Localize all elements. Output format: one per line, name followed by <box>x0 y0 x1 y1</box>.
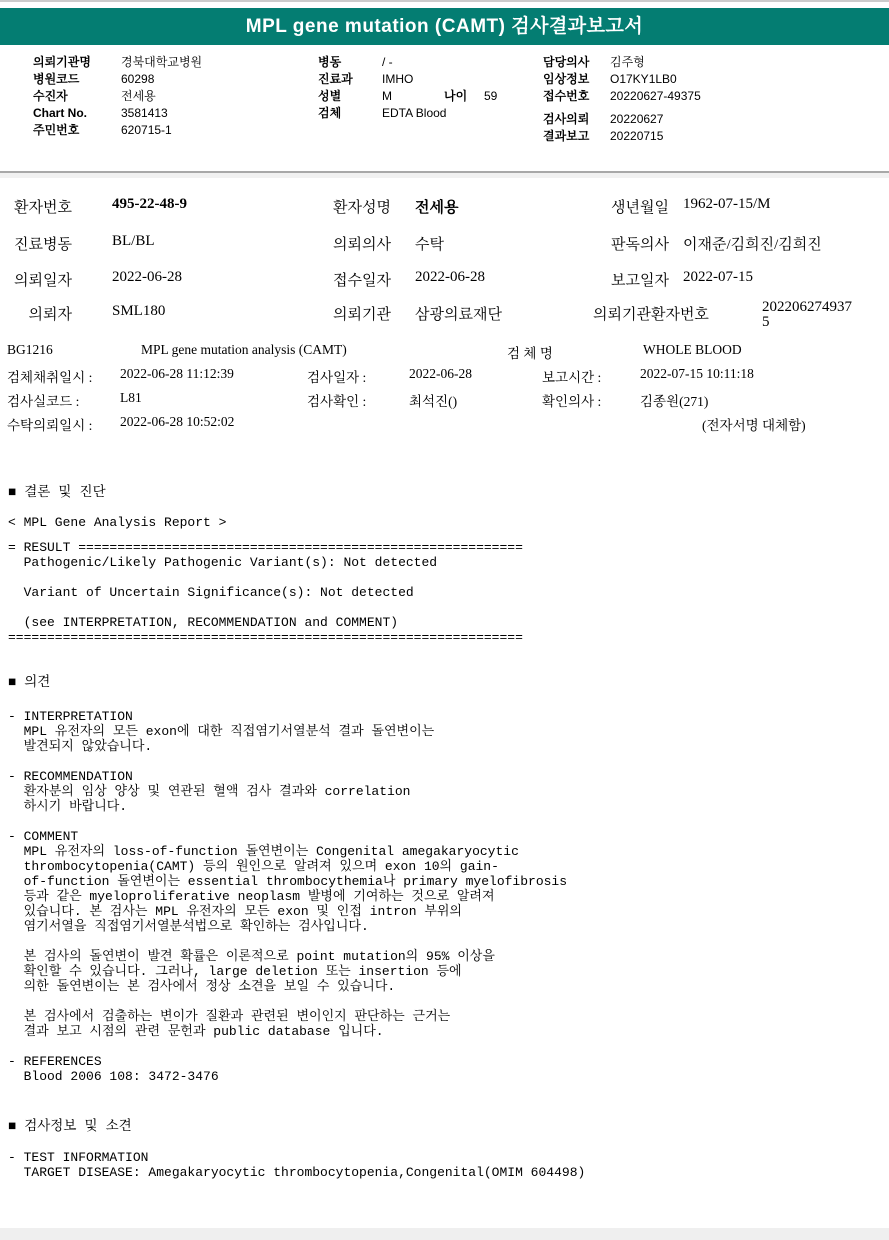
patient-name-value: 전세용 <box>415 196 458 217</box>
test-row: 수탁의뢰일시 : 2022-06-28 10:52:02 (전자서명 대체함) <box>0 414 889 434</box>
test-row: 검체채취일시 : 2022-06-28 11:12:39 검사일자 : 2022… <box>0 366 889 386</box>
confirm-doctor-value: 김종원(271) <box>640 390 708 410</box>
field-label: 진료과 <box>318 71 382 88</box>
field-value: 60298 <box>121 71 154 88</box>
test-info-text: - TEST INFORMATION TARGET DISEASE: Amega… <box>0 1150 889 1180</box>
referring-doctor-label: 의뢰의사 <box>333 233 391 254</box>
specimen-label: 검 체 명 <box>507 342 553 362</box>
field-sex-age: 성별M나이59 <box>318 88 497 105</box>
field-hospital-code: 병원코드60298 <box>33 71 202 88</box>
requester-label: 의뢰자 <box>0 303 72 324</box>
field-value: 20220627-49375 <box>610 88 701 105</box>
field-label: 주민번호 <box>33 122 121 139</box>
field-ward: 병동/ - <box>318 54 497 71</box>
report-time-label: 보고시간 : <box>542 366 601 386</box>
header-column-middle: 병동/ - 진료과IMHO 성별M나이59 검체EDTA Blood <box>318 54 497 122</box>
field-report-date: 결과보고20220715 <box>543 128 701 145</box>
test-date-label: 검사일자 : <box>307 366 366 386</box>
verified-label: 검사확인 : <box>307 390 366 410</box>
opinion-heading: ■ 의견 <box>0 670 889 691</box>
test-detail-block: BG1216 MPL gene mutation analysis (CAMT)… <box>0 342 889 444</box>
top-border-line <box>0 0 889 2</box>
field-label: Chart No. <box>33 105 121 122</box>
receipt-date-label: 접수일자 <box>333 269 391 290</box>
patient-name-label: 환자성명 <box>333 196 391 217</box>
opinion-text: - INTERPRETATION MPL 유전자의 모든 exon에 대한 직접… <box>0 709 889 1084</box>
field-attending-doctor: 담당의사김주형 <box>543 54 701 71</box>
report-title: MPL gene mutation (CAMT) 검사결과보고서 <box>246 16 643 37</box>
patient-row: 진료병동BL/BL 의뢰의사수탁 판독의사이재준/김희진/김희진 <box>0 233 889 255</box>
patient-row: 환자번호495-22-48-9 환자성명전세용 생년월일1962-07-15/M <box>0 196 889 218</box>
test-row: BG1216 MPL gene mutation analysis (CAMT)… <box>0 342 889 362</box>
ward-label: 진료병동 <box>0 233 72 254</box>
header-column-left: 의뢰기관명경북대학교병원 병원코드60298 수진자전세용 Chart No.3… <box>33 54 202 139</box>
receipt-date-value: 2022-06-28 <box>415 269 485 286</box>
patient-info-block: 환자번호495-22-48-9 환자성명전세용 생년월일1962-07-15/M… <box>0 186 889 336</box>
collected-label: 검체채취일시 : <box>7 366 92 386</box>
field-label: 임상정보 <box>543 71 610 88</box>
report-title-bar: MPL gene mutation (CAMT) 검사결과보고서 <box>0 8 889 45</box>
field-value: 김주형 <box>610 54 645 71</box>
conclusion-heading: ■ 결론 및 진단 <box>0 480 889 501</box>
bottom-border-strip <box>0 1228 889 1240</box>
birthdate-value: 1962-07-15/M <box>683 196 771 213</box>
requester-value: SML180 <box>112 303 165 320</box>
consign-request-value: 2022-06-28 10:52:02 <box>120 414 234 430</box>
request-date-label: 의뢰일자 <box>0 269 72 290</box>
test-row: 검사실코드 : L81 검사확인 : 최석진() 확인의사 : 김종원(271) <box>0 390 889 410</box>
field-label: 결과보고 <box>543 128 610 145</box>
reading-doctor-value: 이재준/김희진/김희진 <box>683 233 822 254</box>
field-examinee: 수진자전세용 <box>33 88 202 105</box>
lab-code-value: L81 <box>120 390 142 406</box>
field-value: / - <box>382 54 393 71</box>
verified-value: 최석진() <box>409 390 457 410</box>
age-value: 59 <box>484 88 497 105</box>
field-value: 20220715 <box>610 128 663 145</box>
specimen-value: WHOLE BLOOD <box>643 342 742 358</box>
field-value: 20220627 <box>610 111 663 128</box>
lab-report-page: { "colors": { "header_bar": "#047D72", "… <box>0 0 889 1240</box>
reading-doctor-label: 판독의사 <box>611 233 669 254</box>
collected-value: 2022-06-28 11:12:39 <box>120 366 234 382</box>
field-label: 병동 <box>318 54 382 71</box>
field-label: 수진자 <box>33 88 121 105</box>
test-code: BG1216 <box>7 342 53 358</box>
field-value: 경북대학교병원 <box>121 54 202 71</box>
referring-doctor-value: 수탁 <box>415 233 444 254</box>
field-value: M <box>382 88 444 105</box>
field-clinical-info: 임상정보O17KY1LB0 <box>543 71 701 88</box>
analysis-report-title: < MPL Gene Analysis Report > <box>0 515 889 530</box>
referring-org-label: 의뢰기관 <box>333 303 391 324</box>
field-label: 성별 <box>318 88 382 105</box>
field-chart-no: Chart No.3581413 <box>33 105 202 122</box>
report-date-label: 보고일자 <box>611 269 669 290</box>
test-info-heading: ■ 검사정보 및 소견 <box>0 1114 889 1135</box>
test-name: MPL gene mutation analysis (CAMT) <box>141 342 347 358</box>
field-value: 620715-1 <box>121 122 172 139</box>
field-value: 3581413 <box>121 105 168 122</box>
org-patient-no-value: 2022062749375 <box>762 300 858 330</box>
field-label: 담당의사 <box>543 54 610 71</box>
report-date-value: 2022-07-15 <box>683 269 753 286</box>
patient-row: 의뢰일자2022-06-28 접수일자2022-06-28 보고일자2022-0… <box>0 269 889 291</box>
field-requesting-org: 의뢰기관명경북대학교병원 <box>33 54 202 71</box>
field-department: 진료과IMHO <box>318 71 497 88</box>
birthdate-label: 생년월일 <box>611 196 669 217</box>
field-label: 의뢰기관명 <box>33 54 121 71</box>
header-info-block: 의뢰기관명경북대학교병원 병원코드60298 수진자전세용 Chart No.3… <box>0 54 889 166</box>
test-date-value: 2022-06-28 <box>409 366 472 382</box>
result-text: = RESULT ===============================… <box>0 540 889 645</box>
field-specimen-type: 검체EDTA Blood <box>318 105 497 122</box>
patient-no-label: 환자번호 <box>0 196 72 217</box>
field-accession-no: 접수번호20220627-49375 <box>543 88 701 105</box>
field-label: 병원코드 <box>33 71 121 88</box>
field-value: 전세용 <box>121 88 156 105</box>
field-label: 검사의뢰 <box>543 111 610 128</box>
header-column-right: 담당의사김주형 임상정보O17KY1LB0 접수번호20220627-49375… <box>543 54 701 145</box>
field-value: O17KY1LB0 <box>610 71 677 88</box>
confirm-doctor-label: 확인의사 : <box>542 390 601 410</box>
field-value: EDTA Blood <box>382 105 446 122</box>
request-date-value: 2022-06-28 <box>112 269 182 286</box>
esign-note: (전자서명 대체함) <box>702 414 806 434</box>
field-request-date: 검사의뢰20220627 <box>543 111 701 128</box>
age-label: 나이 <box>444 88 484 105</box>
section-divider-shade <box>0 173 889 178</box>
lab-code-label: 검사실코드 : <box>7 390 79 410</box>
referring-org-value: 삼광의료재단 <box>415 303 502 324</box>
field-label: 접수번호 <box>543 88 610 105</box>
field-label: 검체 <box>318 105 382 122</box>
patient-row: 의뢰자SML180 의뢰기관삼광의료재단 의뢰기관환자번호20220627493… <box>0 303 889 325</box>
org-patient-no-label: 의뢰기관환자번호 <box>593 303 709 324</box>
consign-request-label: 수탁의뢰일시 : <box>7 414 92 434</box>
ward-value: BL/BL <box>112 233 155 250</box>
field-value: IMHO <box>382 71 413 88</box>
field-resident-no: 주민번호620715-1 <box>33 122 202 139</box>
patient-no-value: 495-22-48-9 <box>112 196 187 213</box>
report-time-value: 2022-07-15 10:11:18 <box>640 366 754 382</box>
